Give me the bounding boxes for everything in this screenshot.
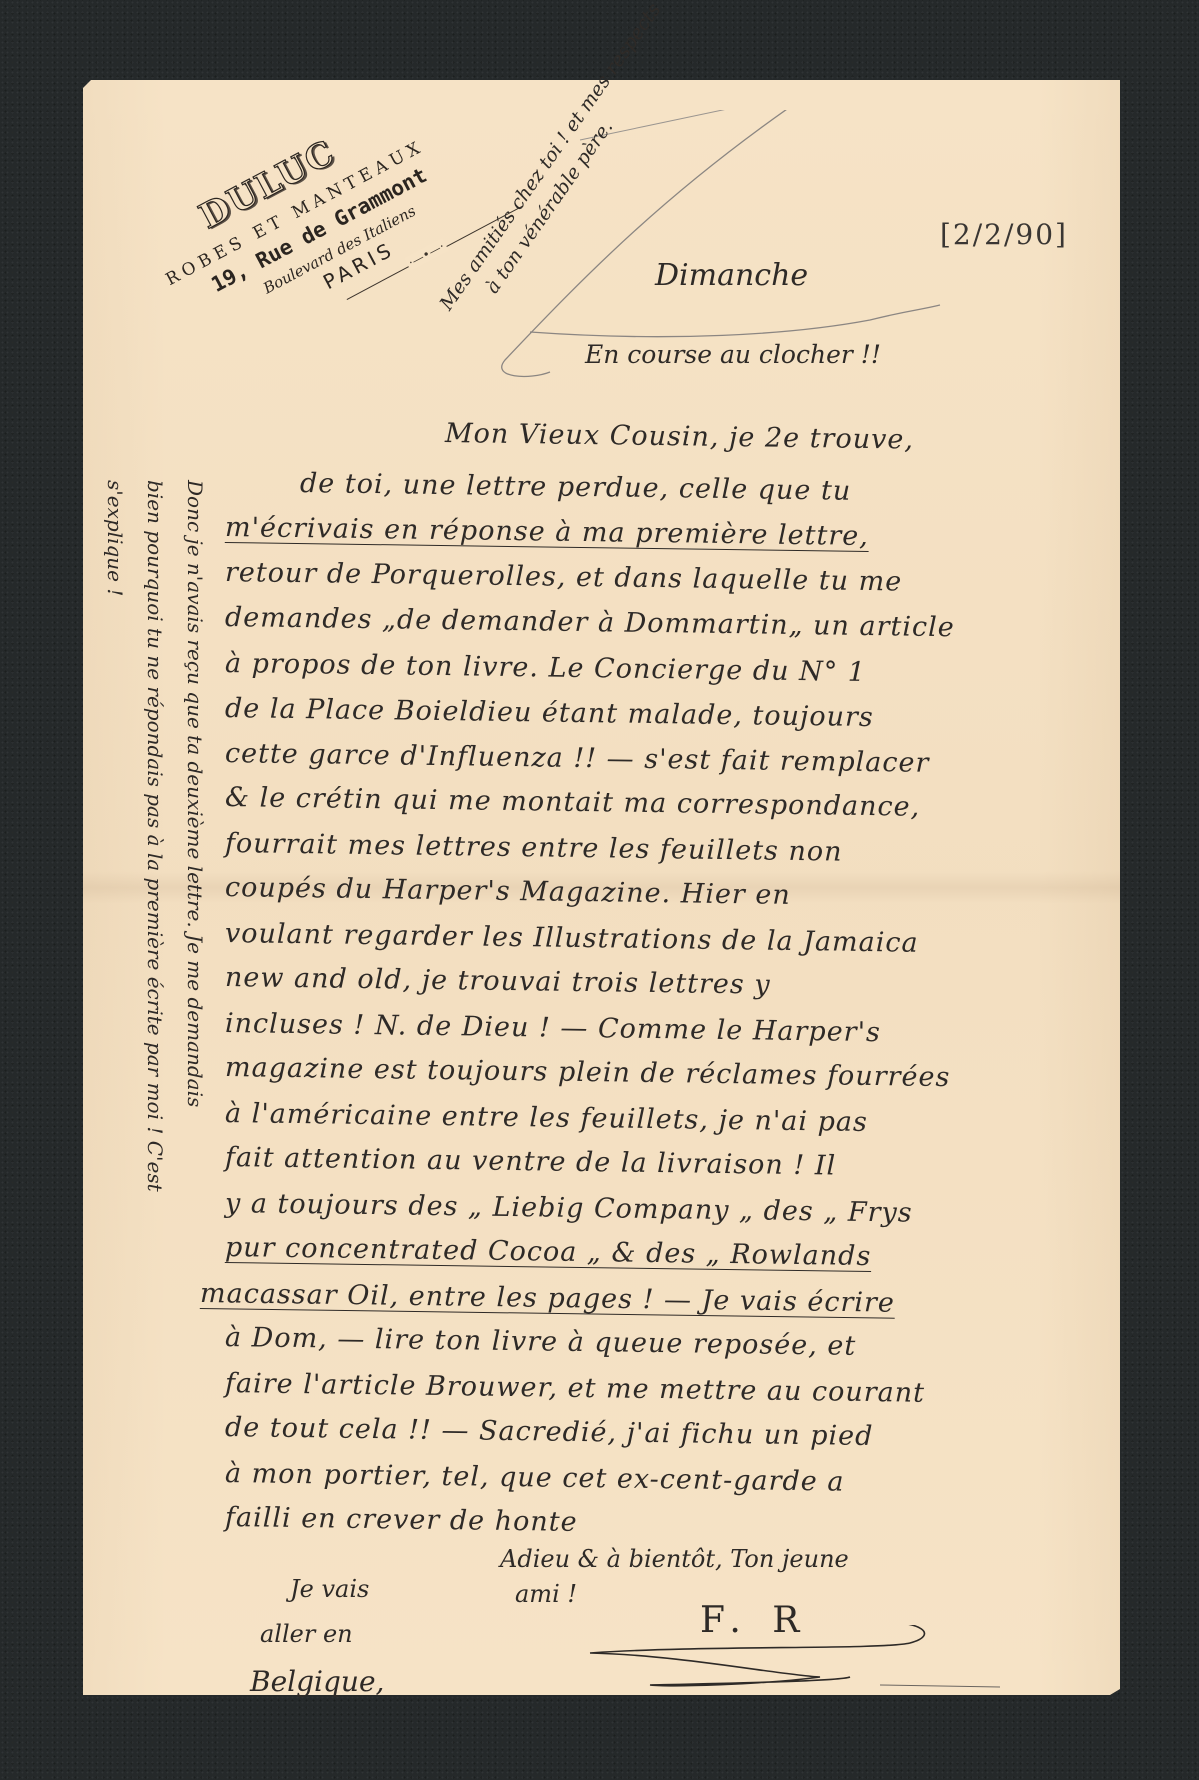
closing-line-2: ami ! <box>515 1580 577 1608</box>
margin-note-line-3: s'explique ! <box>95 480 135 1480</box>
body-line: Mon Vieux Cousin, je 2e trouve, <box>445 418 914 456</box>
margin-note-line-2: bien pourquoi tu ne répondais pas à la p… <box>135 480 175 1480</box>
postscript-line: Belgique, <box>250 1665 384 1698</box>
closing-line-1: Adieu & à bientôt, Ton jeune <box>500 1545 849 1573</box>
signature-flourish <box>580 1625 1050 1725</box>
margin-note: Donc je n'avais reçu que ta deuxième let… <box>95 480 215 1480</box>
date-annotation: [2/2/90] <box>940 218 1068 251</box>
postscript-line: aller en <box>260 1620 353 1648</box>
postscript-line: Je vais <box>290 1575 369 1603</box>
margin-note-line-1: Donc je n'avais reçu que ta deuxième let… <box>175 480 215 1480</box>
day-heading: Dimanche <box>655 258 808 293</box>
body-line: failli en crever de honte <box>225 1502 578 1538</box>
header-note: En course au clocher !! <box>585 340 881 369</box>
